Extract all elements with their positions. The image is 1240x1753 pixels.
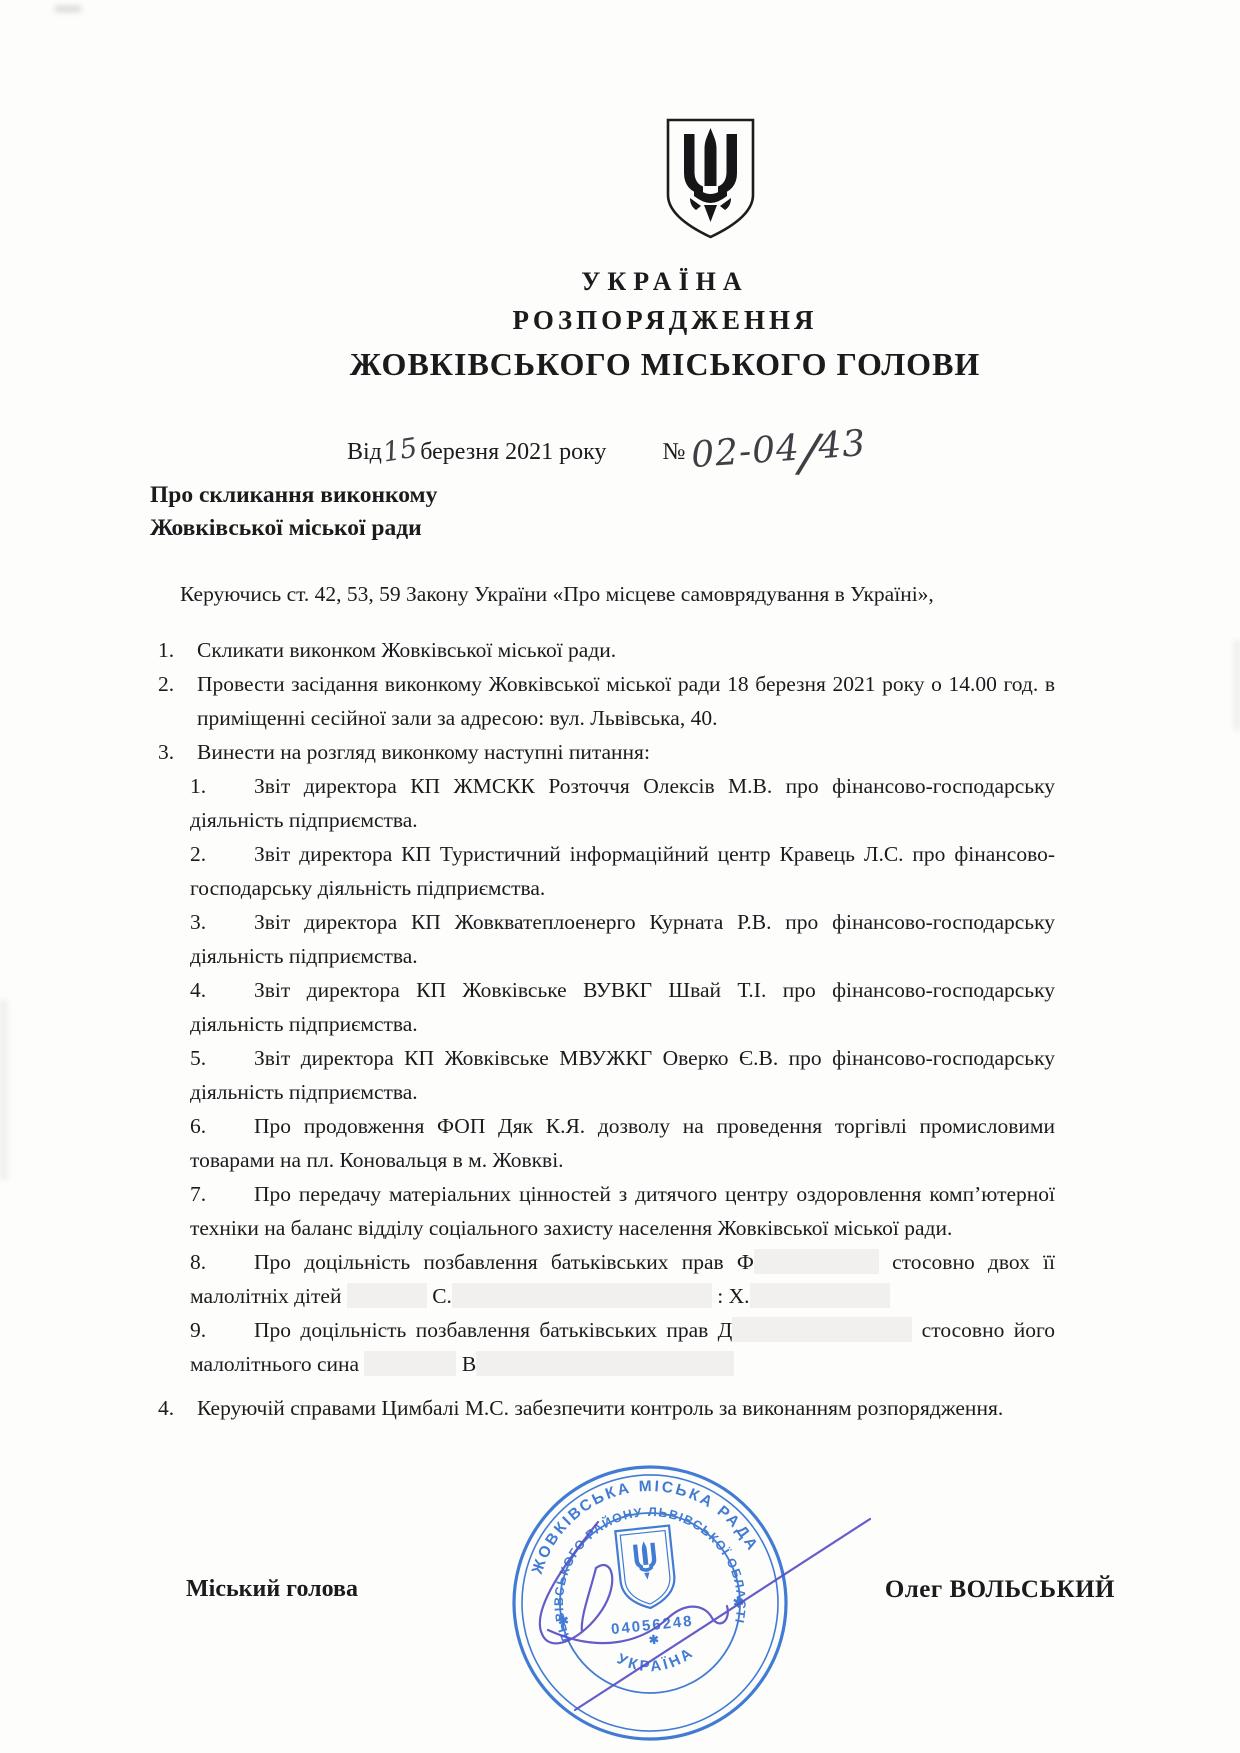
- redaction-box: [364, 1351, 456, 1376]
- handwritten-document-number: 02-04/43: [691, 429, 868, 471]
- issuer-title: ЖОВКІВСЬКОГО МІСЬКОГО ГОЛОВИ: [90, 346, 1240, 383]
- ukraine-trident-emblem-icon: [663, 116, 758, 241]
- question-item-number: 5.: [190, 1041, 254, 1075]
- question-item: 5.Звіт директора КП Жовківське МВУЖКГ Ов…: [190, 1041, 1055, 1109]
- redaction-box: [732, 1317, 912, 1342]
- order-item: 2.Провести засідання виконкому Жовківськ…: [140, 667, 1055, 735]
- question-item: 7.Про передачу матеріальних цінностей з …: [190, 1177, 1055, 1245]
- questions-sublist: 1.Звіт директора КП ЖМСКК Розточчя Олекс…: [190, 769, 1055, 1381]
- order-item-number: 3.: [158, 735, 174, 769]
- scanned-document-page: УКРАЇНА РОЗПОРЯДЖЕННЯ ЖОВКІВСЬКОГО МІСЬК…: [0, 0, 1240, 1753]
- question-item: 2.Звіт директора КП Туристичний інформац…: [190, 837, 1055, 905]
- question-item: 3.Звіт директора КП Жовкватеплоенерго Ку…: [190, 905, 1055, 973]
- question-item: 8.Про доцільність позбавлення батьківськ…: [190, 1245, 1055, 1313]
- handwritten-signature: [430, 1452, 990, 1753]
- handwritten-day: 15: [381, 433, 420, 468]
- question-item-number: 2.: [190, 837, 254, 871]
- question-item-number: 6.: [190, 1109, 254, 1143]
- document-header: УКРАЇНА РОЗПОРЯДЖЕННЯ ЖОВКІВСЬКОГО МІСЬК…: [0, 0, 1240, 383]
- redaction-box: [754, 1249, 879, 1274]
- scan-smudge: [0, 1000, 7, 1180]
- document-body: Керуючись ст. 42, 53, 59 Закону України …: [140, 577, 1055, 1425]
- date-and-number-row: Від15березня 2021 року№ 02-04/43: [0, 433, 1240, 467]
- question-item-number: 1.: [190, 769, 254, 803]
- redaction-box: [347, 1283, 427, 1308]
- signatory-post: Міський голова: [186, 1576, 358, 1604]
- scan-smudge: [1234, 640, 1240, 730]
- question-item-number: 9.: [190, 1313, 254, 1347]
- question-item-number: 4.: [190, 973, 254, 1007]
- order-item-number: 1.: [158, 633, 174, 667]
- question-item: 1.Звіт директора КП ЖМСКК Розточчя Олекс…: [190, 769, 1055, 837]
- question-item: 4.Звіт директора КП Жовківське ВУВКГ Шва…: [190, 973, 1055, 1041]
- order-list: 1.Скликати виконком Жовківської міської …: [140, 633, 1055, 1425]
- question-item: 9.Про доцільність позбавлення батьківськ…: [190, 1313, 1055, 1381]
- question-item-number: 3.: [190, 905, 254, 939]
- scan-smudge: [55, 6, 81, 12]
- redaction-box: [452, 1283, 712, 1308]
- date-rest: березня 2021 року: [420, 439, 606, 465]
- order-item-number: 2.: [158, 667, 174, 701]
- question-item-number: 8.: [190, 1245, 254, 1279]
- order-item-number: 4.: [158, 1391, 174, 1425]
- question-item-number: 7.: [190, 1177, 254, 1211]
- subject-line-1: Про скликання виконкому: [150, 479, 1240, 512]
- preamble-paragraph: Керуючись ст. 42, 53, 59 Закону України …: [140, 577, 1015, 611]
- redaction-box: [476, 1351, 734, 1376]
- document-type-title: РОЗПОРЯДЖЕННЯ: [90, 305, 1240, 336]
- redaction-box: [750, 1283, 890, 1308]
- subject-line-2: Жовківської міської ради: [150, 512, 1240, 545]
- order-item: 1.Скликати виконком Жовківської міської …: [140, 633, 1055, 667]
- order-item: 3.Винести на розгляд виконкому наступні …: [140, 735, 1055, 769]
- question-item: 6.Про продовження ФОП Дяк К.Я. дозволу н…: [190, 1109, 1055, 1177]
- country-title: УКРАЇНА: [90, 267, 1240, 297]
- order-item: 4.Керуючій справами Цимбалі М.С. забезпе…: [140, 1391, 1042, 1425]
- number-sign: №: [662, 439, 685, 465]
- date-prefix: Від: [347, 439, 382, 465]
- subject-block: Про скликання виконкому Жовківської місь…: [150, 479, 1240, 545]
